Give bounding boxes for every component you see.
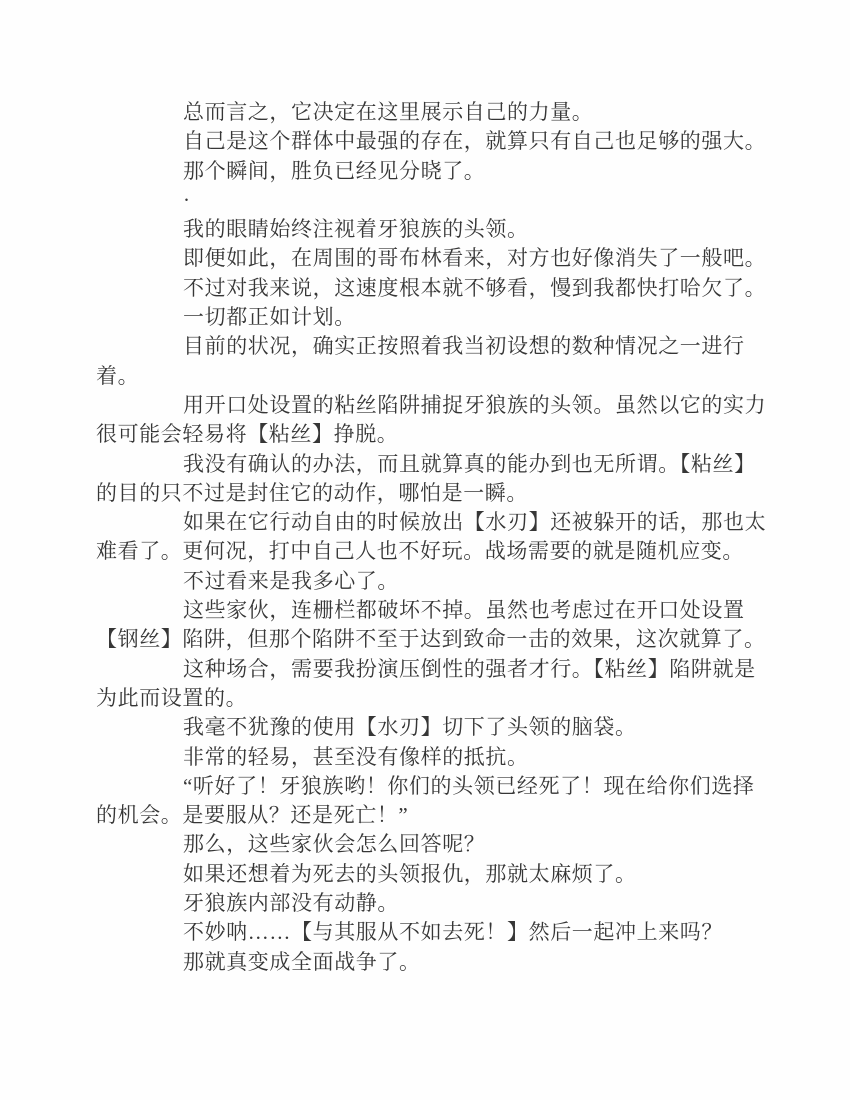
text-line: 很可能会轻易将【粘丝】挣脱。 xyxy=(96,420,816,449)
text-line: 一切都正如计划。 xyxy=(96,303,816,332)
text-line: 那个瞬间，胜负已经见分晓了。 xyxy=(96,157,816,186)
novel-page: 总而言之，它决定在这里展示自己的力量。自己是这个群体中最强的存在，就算只有自己也… xyxy=(0,0,850,1100)
text-line: · xyxy=(96,186,816,215)
text-line: 的机会。是要服从？还是死亡！” xyxy=(96,801,816,830)
text-line: 我毫不犹豫的使用【水刃】切下了头领的脑袋。 xyxy=(96,713,816,742)
text-line: 为此而设置的。 xyxy=(96,684,816,713)
text-line: 如果在它行动自由的时候放出【水刃】还被躲开的话，那也太 xyxy=(96,508,816,537)
text-line: 难看了。更何况，打中自己人也不好玩。战场需要的就是随机应变。 xyxy=(96,537,816,566)
text-line: 不过对我来说，这速度根本就不够看，慢到我都快打哈欠了。 xyxy=(96,274,816,303)
text-line: 这些家伙，连栅栏都破坏不掉。虽然也考虑过在开口处设置 xyxy=(96,596,816,625)
text-line: 的目的只不过是封住它的动作，哪怕是一瞬。 xyxy=(96,479,816,508)
text-line: 用开口处设置的粘丝陷阱捕捉牙狼族的头领。虽然以它的实力 xyxy=(96,391,816,420)
novel-text-block: 总而言之，它决定在这里展示自己的力量。自己是这个群体中最强的存在，就算只有自己也… xyxy=(96,98,816,977)
text-line: 非常的轻易，甚至没有像样的抵抗。 xyxy=(96,743,816,772)
text-line: 我的眼睛始终注视着牙狼族的头领。 xyxy=(96,215,816,244)
text-line: 这种场合，需要我扮演压倒性的强者才行。【粘丝】陷阱就是 xyxy=(96,655,816,684)
text-line: 着。 xyxy=(96,362,816,391)
text-line: 即便如此，在周围的哥布林看来，对方也好像消失了一般吧。 xyxy=(96,244,816,273)
text-line: 自己是这个群体中最强的存在，就算只有自己也足够的强大。 xyxy=(96,127,816,156)
text-line: 不妙呐……【与其服从不如去死！】然后一起冲上来吗？ xyxy=(96,918,816,947)
text-line: “听好了！牙狼族哟！你们的头领已经死了！现在给你们选择 xyxy=(96,772,816,801)
text-line: 总而言之，它决定在这里展示自己的力量。 xyxy=(96,98,816,127)
text-line: 如果还想着为死去的头领报仇，那就太麻烦了。 xyxy=(96,860,816,889)
text-line: 不过看来是我多心了。 xyxy=(96,567,816,596)
text-line: 牙狼族内部没有动静。 xyxy=(96,889,816,918)
text-line: 我没有确认的办法，而且就算真的能办到也无所谓。【粘丝】 xyxy=(96,450,816,479)
text-line: 那就真变成全面战争了。 xyxy=(96,948,816,977)
text-line: 那么，这些家伙会怎么回答呢？ xyxy=(96,830,816,859)
text-line: 【钢丝】陷阱，但那个陷阱不至于达到致命一击的效果，这次就算了。 xyxy=(96,625,816,654)
text-line: 目前的状况，确实正按照着我当初设想的数种情况之一进行 xyxy=(96,332,816,361)
